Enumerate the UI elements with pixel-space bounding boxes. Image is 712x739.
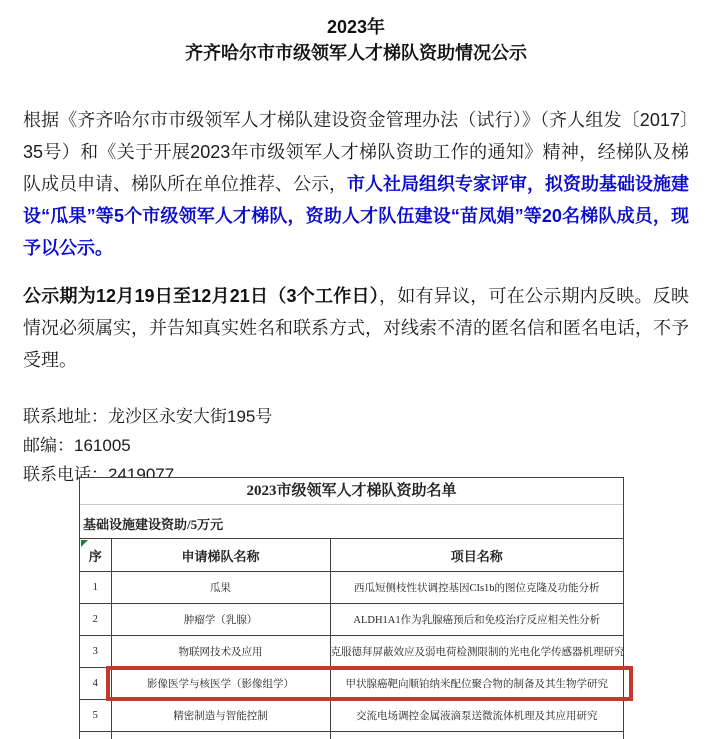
document-page: 2023年 齐齐哈尔市市级领军人才梯队资助情况公示 根据《齐齐哈尔市市级领军人才… bbox=[0, 0, 712, 489]
table-row: 3 物联网技术及应用 克服德拜屏蔽效应及弱电荷检测限制的光电化学传感器机理研究 bbox=[80, 636, 623, 668]
paragraph-notice: 公示期为12月19日至12月21日（3个工作日），如有异议，可在公示期内反映。反… bbox=[23, 280, 689, 376]
notice-period-text: 公示期为12月19日至12月21日（3个工作日） bbox=[23, 286, 379, 306]
table-row: 5 精密制造与智能控制 交流电场调控金属液滴泵送微流体机理及其应用研究 bbox=[80, 700, 623, 732]
col-header-project: 项目名称 bbox=[330, 539, 623, 572]
cell-team: 影像医学与核医学（影像组学） bbox=[111, 668, 330, 700]
table-row-highlighted: 4 影像医学与核医学（影像组学） 甲状腺癌靶向顺铂纳米配位聚合物的制备及其生物学… bbox=[80, 668, 623, 700]
cell-no: 2 bbox=[80, 604, 111, 636]
contact-block: 联系地址：龙沙区永安大街195号 邮编：161005 联系电话：2419077 bbox=[23, 402, 689, 489]
doc-title-year: 2023年 bbox=[23, 14, 689, 40]
cell-team: 物联网技术及应用 bbox=[111, 636, 330, 668]
table-header-row: 序 申请梯队名称 项目名称 bbox=[80, 539, 623, 572]
table-row: 2 肿瘤学（乳腺） ALDH1A1作为乳腺癌预后和免疫治疗反应相关性分析 bbox=[80, 604, 623, 636]
cell-project: 克服德拜屏蔽效应及弱电荷检测限制的光电化学传感器机理研究 bbox=[330, 636, 623, 668]
cell-project: 交流电场调控金属液滴泵送微流体机理及其应用研究 bbox=[330, 700, 623, 732]
cell-team: 瓜果 bbox=[111, 572, 330, 604]
col-header-team: 申请梯队名称 bbox=[111, 539, 330, 572]
cell-project: 甲状腺癌靶向顺铂纳米配位聚合物的制备及其生物学研究 bbox=[330, 668, 623, 700]
funding-table: 2023市级领军人才梯队资助名单 基础设施建设资助/5万元 序 申请梯队名称 项… bbox=[79, 477, 624, 739]
table-section-label: 基础设施建设资助/5万元 bbox=[80, 505, 623, 539]
table-row: 1 瓜果 西瓜短侧枝性状调控基因CIs1b的图位克隆及功能分析 bbox=[80, 572, 623, 604]
doc-title-main: 齐齐哈尔市市级领军人才梯队资助情况公示 bbox=[23, 40, 689, 66]
cell-no: 1 bbox=[80, 572, 111, 604]
cell-project: ALDH1A1作为乳腺癌预后和免疫治疗反应相关性分析 bbox=[330, 604, 623, 636]
table-title: 2023市级领军人才梯队资助名单 bbox=[80, 478, 623, 505]
cell-no: 4 bbox=[80, 668, 111, 700]
cell-team: 肿瘤学（乳腺） bbox=[111, 604, 330, 636]
cell-team: 精密制造与智能控制 bbox=[111, 700, 330, 732]
contact-postal-code: 邮编：161005 bbox=[23, 431, 689, 460]
cell-no: 3 bbox=[80, 636, 111, 668]
contact-address: 联系地址：龙沙区永安大街195号 bbox=[23, 402, 689, 431]
cell-project: 西瓜短侧枝性状调控基因CIs1b的图位克隆及功能分析 bbox=[330, 572, 623, 604]
table-row-cutoff bbox=[80, 732, 623, 739]
cell-corner-marker-icon bbox=[81, 540, 88, 547]
paragraph-intro: 根据《齐齐哈尔市市级领军人才梯队建设资金管理办法（试行）》（齐人组发〔2017〕… bbox=[23, 104, 689, 264]
funding-table-area: 2023市级领军人才梯队资助名单 基础设施建设资助/5万元 序 申请梯队名称 项… bbox=[79, 477, 624, 739]
funding-table-grid: 序 申请梯队名称 项目名称 1 瓜果 西瓜短侧枝性状调控基因CIs1b的图位克隆… bbox=[80, 539, 623, 739]
cell-no: 5 bbox=[80, 700, 111, 732]
